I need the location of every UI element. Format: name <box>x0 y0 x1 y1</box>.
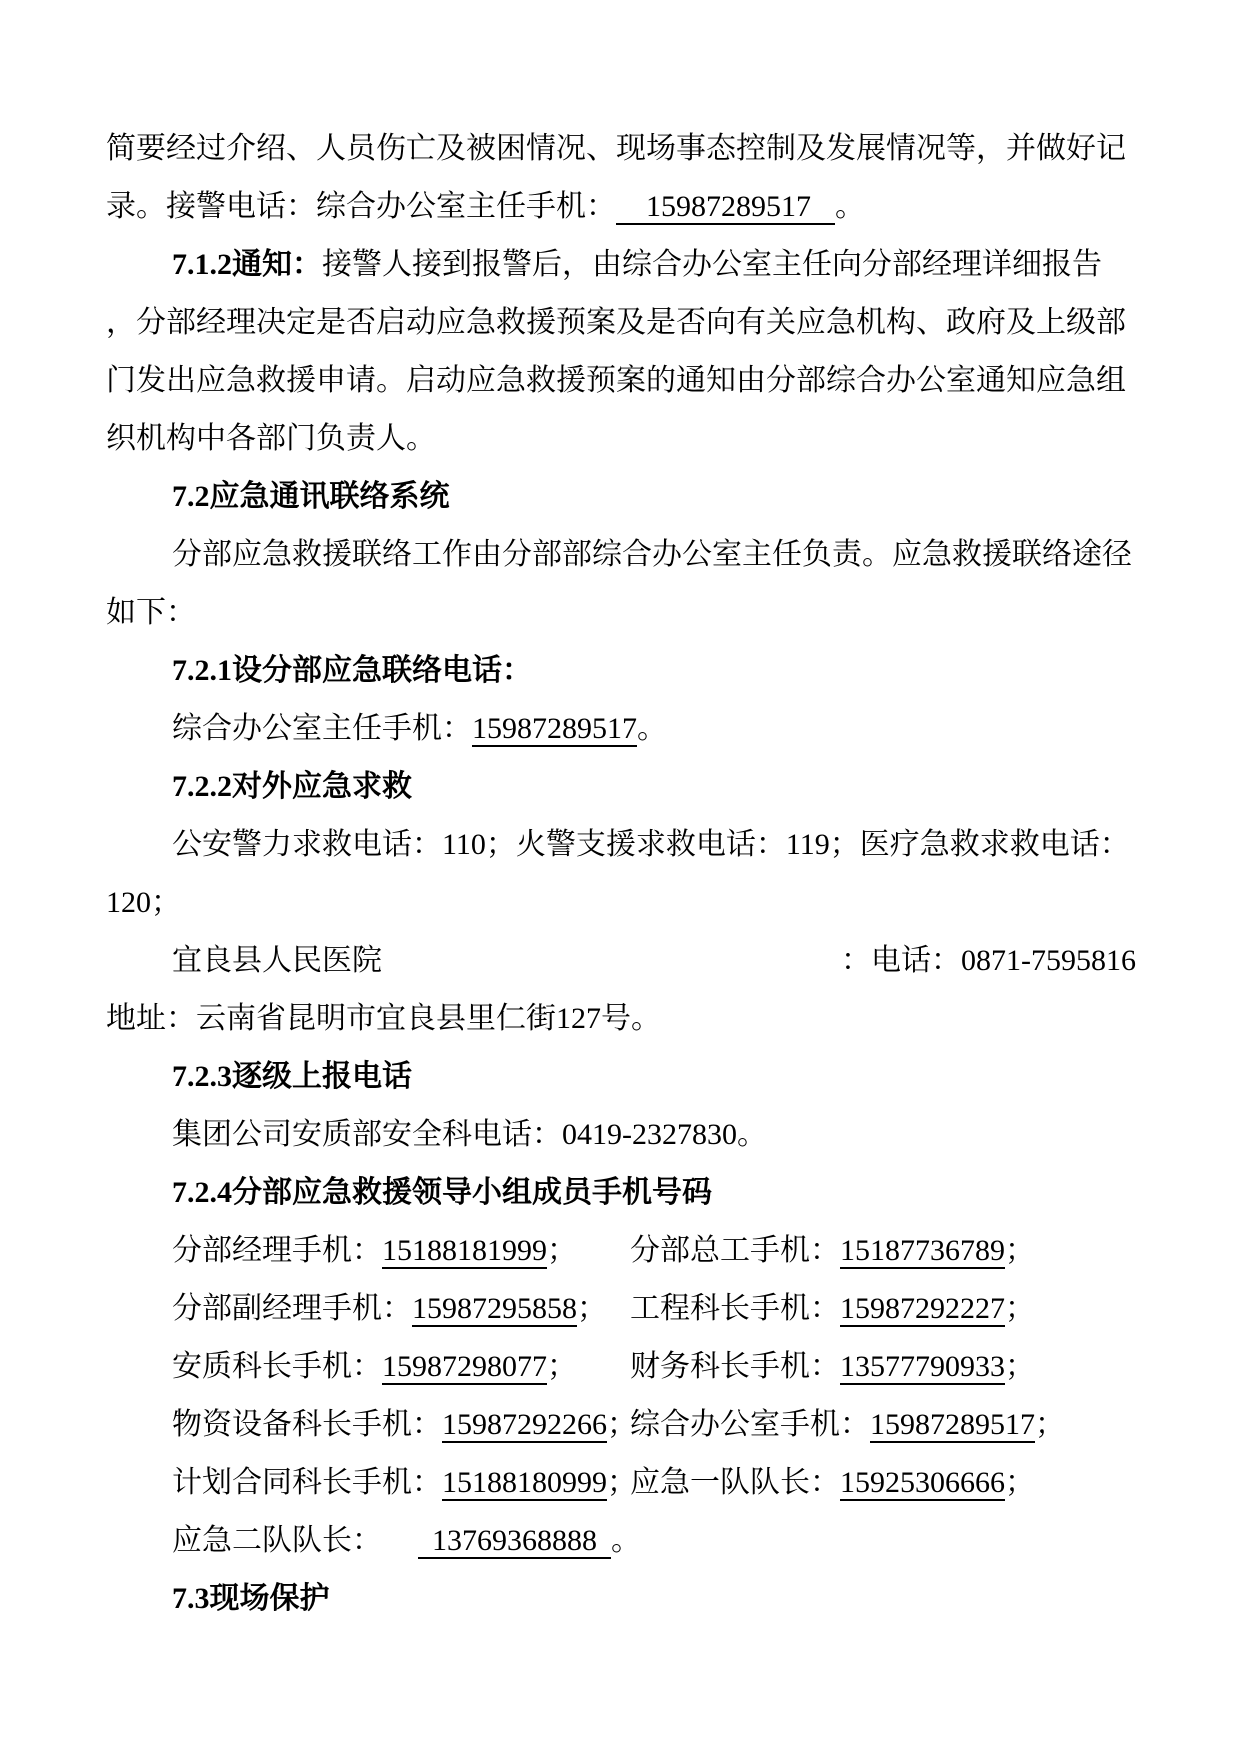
heading-7-2-1-line: 7.2.1设分部应急联络电话： <box>106 642 1136 700</box>
contact-row: 应急二队队长：13769368888。 <box>106 1512 1136 1570</box>
contact-label: 工程科长手机： <box>630 1292 840 1325</box>
phone-number: 15987289517 <box>870 1408 1035 1443</box>
phone-number: 15987295858 <box>412 1292 577 1327</box>
heading-7-2-3-line: 7.2.3逐级上报电话 <box>106 1048 1136 1106</box>
text-segment: 如下： <box>106 596 196 629</box>
heading-7-2-2-line: 7.2.2对外应急求救 <box>106 758 1136 816</box>
text-segment: 分部应急救援联络工作由分部部综合办公室主任负责。应急救援联络途径 <box>172 538 1132 571</box>
section-heading: 7.2.3逐级上报电话 <box>172 1060 412 1093</box>
paragraph-line: 织机构中各部门负责人。 <box>106 410 1136 468</box>
paragraph-line: ，分部经理决定是否启动应急救援预案及是否向有关应急机构、政府及上级部 <box>106 294 1136 352</box>
text-segment: ； <box>1005 1350 1035 1383</box>
text-segment: 。 <box>611 1524 641 1557</box>
hospital-address-line: 地址：云南省昆明市宜良县里仁街127号。 <box>106 990 1136 1048</box>
contact-left: 分部经理手机：15188181999； <box>106 1222 630 1280</box>
section-heading: 7.1.2通知： <box>172 248 322 281</box>
document-page: 简要经过介绍、人员伤亡及被困情况、现场事态控制及发展情况等，并做好记 录。接警电… <box>0 0 1241 1754</box>
phone-number: 15187736789 <box>840 1234 1005 1269</box>
heading-7-2-line: 7.2应急通讯联络系统 <box>106 468 1136 526</box>
text-segment: ，分部经理决定是否启动应急救援预案及是否向有关应急机构、政府及上级部 <box>106 306 1126 339</box>
text-segment: 集团公司安质部安全科电话：0419-2327830。 <box>172 1118 767 1151</box>
contact-label: 安质科长手机： <box>172 1350 382 1383</box>
contact-row: 分部副经理手机：15987295858； 工程科长手机：15987292227； <box>106 1280 1136 1338</box>
contact-label: 计划合同科长手机： <box>172 1466 442 1499</box>
section-heading: 7.2.4分部应急救援领导小组成员手机号码 <box>172 1176 712 1209</box>
paragraph-line: 120； <box>106 874 1136 932</box>
contact-row: 分部经理手机：15188181999； 分部总工手机：15187736789； <box>106 1222 1136 1280</box>
phone-number: 15987292227 <box>840 1292 1005 1327</box>
text-segment: ； <box>547 1350 577 1383</box>
contact-right: 工程科长手机：15987292227； <box>630 1280 1136 1338</box>
paragraph-line: 集团公司安质部安全科电话：0419-2327830。 <box>106 1106 1136 1164</box>
paragraph-line: 如下： <box>106 584 1136 642</box>
contact-right: 综合办公室手机：15987289517； <box>630 1396 1136 1454</box>
phone-number: 15987298077 <box>382 1350 547 1385</box>
text-segment: 。 <box>637 712 667 745</box>
section-heading: 7.2应急通讯联络系统 <box>172 480 450 513</box>
hospital-name: 宜良县人民医院 <box>172 932 382 990</box>
section-heading: 7.2.2对外应急求救 <box>172 770 412 803</box>
contact-right: 分部总工手机：15187736789； <box>630 1222 1136 1280</box>
text-segment: 接警人接到报警后，由综合办公室主任向分部经理详细报告 <box>322 248 1102 281</box>
contact-left: 物资设备科长手机：15987292266； <box>106 1396 630 1454</box>
contact-left: 安质科长手机：15987298077； <box>106 1338 630 1396</box>
phone-number: 13769368888 <box>418 1524 611 1559</box>
paragraph-line: 分部应急救援联络工作由分部部综合办公室主任负责。应急救援联络途径 <box>106 526 1136 584</box>
heading-7-1-2-line: 7.1.2通知：接警人接到报警后，由综合办公室主任向分部经理详细报告 <box>106 236 1136 294</box>
phone-number: 15987292266 <box>442 1408 607 1443</box>
contact-row: 安质科长手机：15987298077； 财务科长手机：13577790933； <box>106 1338 1136 1396</box>
contact-label: 应急一队队长： <box>630 1466 840 1499</box>
text-segment: 。 <box>835 190 865 223</box>
phone-number: 15987289517 <box>616 190 835 225</box>
hospital-address: 地址：云南省昆明市宜良县里仁街127号。 <box>106 1002 661 1035</box>
contact-label: 分部副经理手机： <box>172 1292 412 1325</box>
contact-left: 分部副经理手机：15987295858； <box>106 1280 630 1338</box>
phone-number: 13577790933 <box>840 1350 1005 1385</box>
contact-label: 物资设备科长手机： <box>172 1408 442 1441</box>
text-segment: ； <box>1035 1408 1065 1441</box>
contact-label: 财务科长手机： <box>630 1350 840 1383</box>
phone-number: 15188180999 <box>442 1466 607 1501</box>
text-segment: 120； <box>106 886 181 919</box>
paragraph-line: 简要经过介绍、人员伤亡及被困情况、现场事态控制及发展情况等，并做好记 <box>106 120 1136 178</box>
contact-row: 计划合同科长手机：15188180999； 应急一队队长：15925306666… <box>106 1454 1136 1512</box>
text-segment: ； <box>577 1292 607 1325</box>
text-segment: ； <box>1005 1466 1035 1499</box>
contact-right: 财务科长手机：13577790933； <box>630 1338 1136 1396</box>
paragraph-line: 门发出应急救援申请。启动应急救援预案的通知由分部综合办公室通知应急组 <box>106 352 1136 410</box>
hospital-line: 宜良县人民医院 ：电话：0871-7595816 <box>106 932 1136 990</box>
text-segment: 简要经过介绍、人员伤亡及被困情况、现场事态控制及发展情况等，并做好记 <box>106 132 1126 165</box>
text-segment: 综合办公室主任手机： <box>172 712 472 745</box>
contact-label: 应急二队队长： <box>172 1524 382 1557</box>
heading-7-3-line: 7.3现场保护 <box>106 1570 1136 1628</box>
text-segment: 公安警力求救电话：110；火警支援求救电话：119；医疗急救求救电话： <box>172 828 1130 861</box>
paragraph-line: 录。接警电话：综合办公室主任手机：15987289517。 <box>106 178 1136 236</box>
contact-label: 综合办公室手机： <box>630 1408 870 1441</box>
phone-number: 15987289517 <box>472 712 637 747</box>
heading-7-2-4-line: 7.2.4分部应急救援领导小组成员手机号码 <box>106 1164 1136 1222</box>
text-segment: ； <box>547 1234 577 1267</box>
text-segment: ； <box>1005 1292 1035 1325</box>
text-segment: ； <box>1005 1234 1035 1267</box>
phone-number: 15188181999 <box>382 1234 547 1269</box>
paragraph-line: 综合办公室主任手机：15987289517。 <box>106 700 1136 758</box>
phone-number: 15925306666 <box>840 1466 1005 1501</box>
text-segment: 织机构中各部门负责人。 <box>106 422 436 455</box>
contact-right: 应急一队队长：15925306666； <box>630 1454 1136 1512</box>
text-segment: 门发出应急救援申请。启动应急救援预案的通知由分部综合办公室通知应急组 <box>106 364 1126 397</box>
hospital-phone: ：电话：0871-7595816 <box>841 932 1136 990</box>
contact-left: 计划合同科长手机：15188180999； <box>106 1454 630 1512</box>
contact-label: 分部经理手机： <box>172 1234 382 1267</box>
section-heading: 7.3现场保护 <box>172 1582 330 1615</box>
section-heading: 7.2.1设分部应急联络电话： <box>172 654 532 687</box>
text-segment: 录。接警电话：综合办公室主任手机： <box>106 190 616 223</box>
paragraph-line: 公安警力求救电话：110；火警支援求救电话：119；医疗急救求救电话： <box>106 816 1136 874</box>
contact-row: 物资设备科长手机：15987292266； 综合办公室手机：1598728951… <box>106 1396 1136 1454</box>
contact-label: 分部总工手机： <box>630 1234 840 1267</box>
